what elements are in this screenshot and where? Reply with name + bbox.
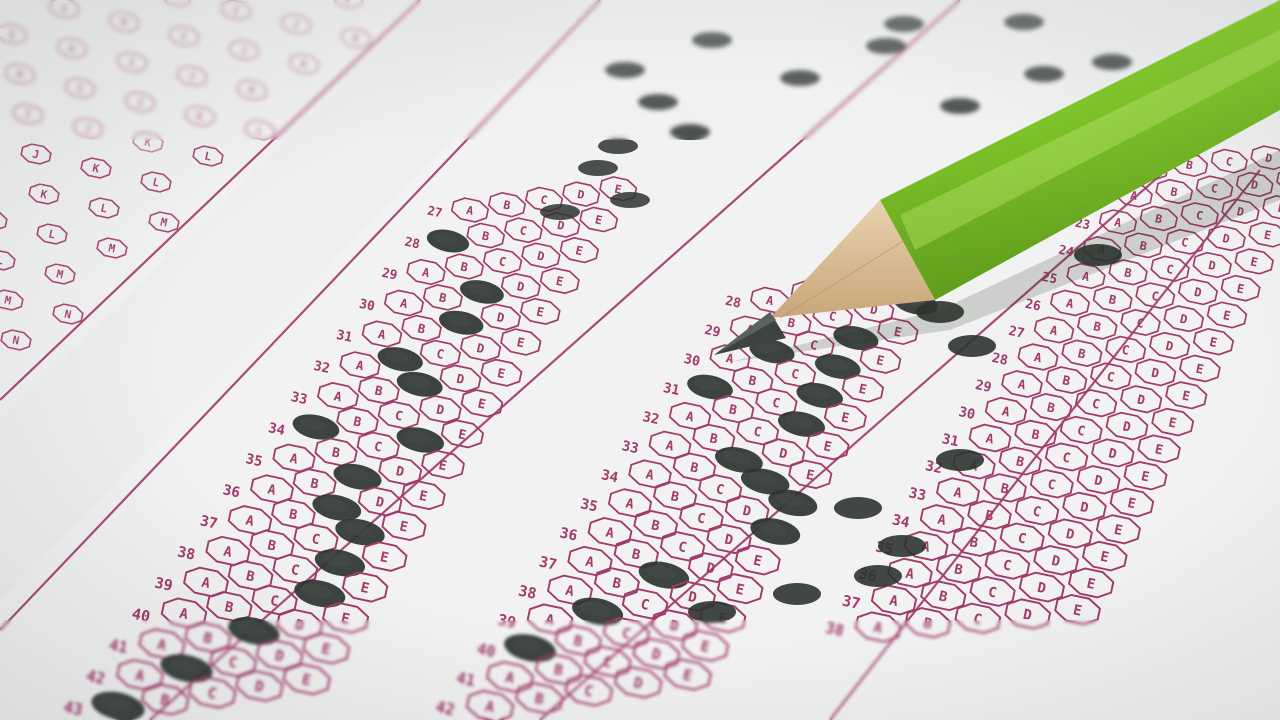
green-pencil: [0, 0, 1280, 720]
answer-sheet-photo: GGHHHHIIIIIJJJJJJJJKKKKKKKKLLLLLLMMMMNN2…: [0, 0, 1280, 720]
